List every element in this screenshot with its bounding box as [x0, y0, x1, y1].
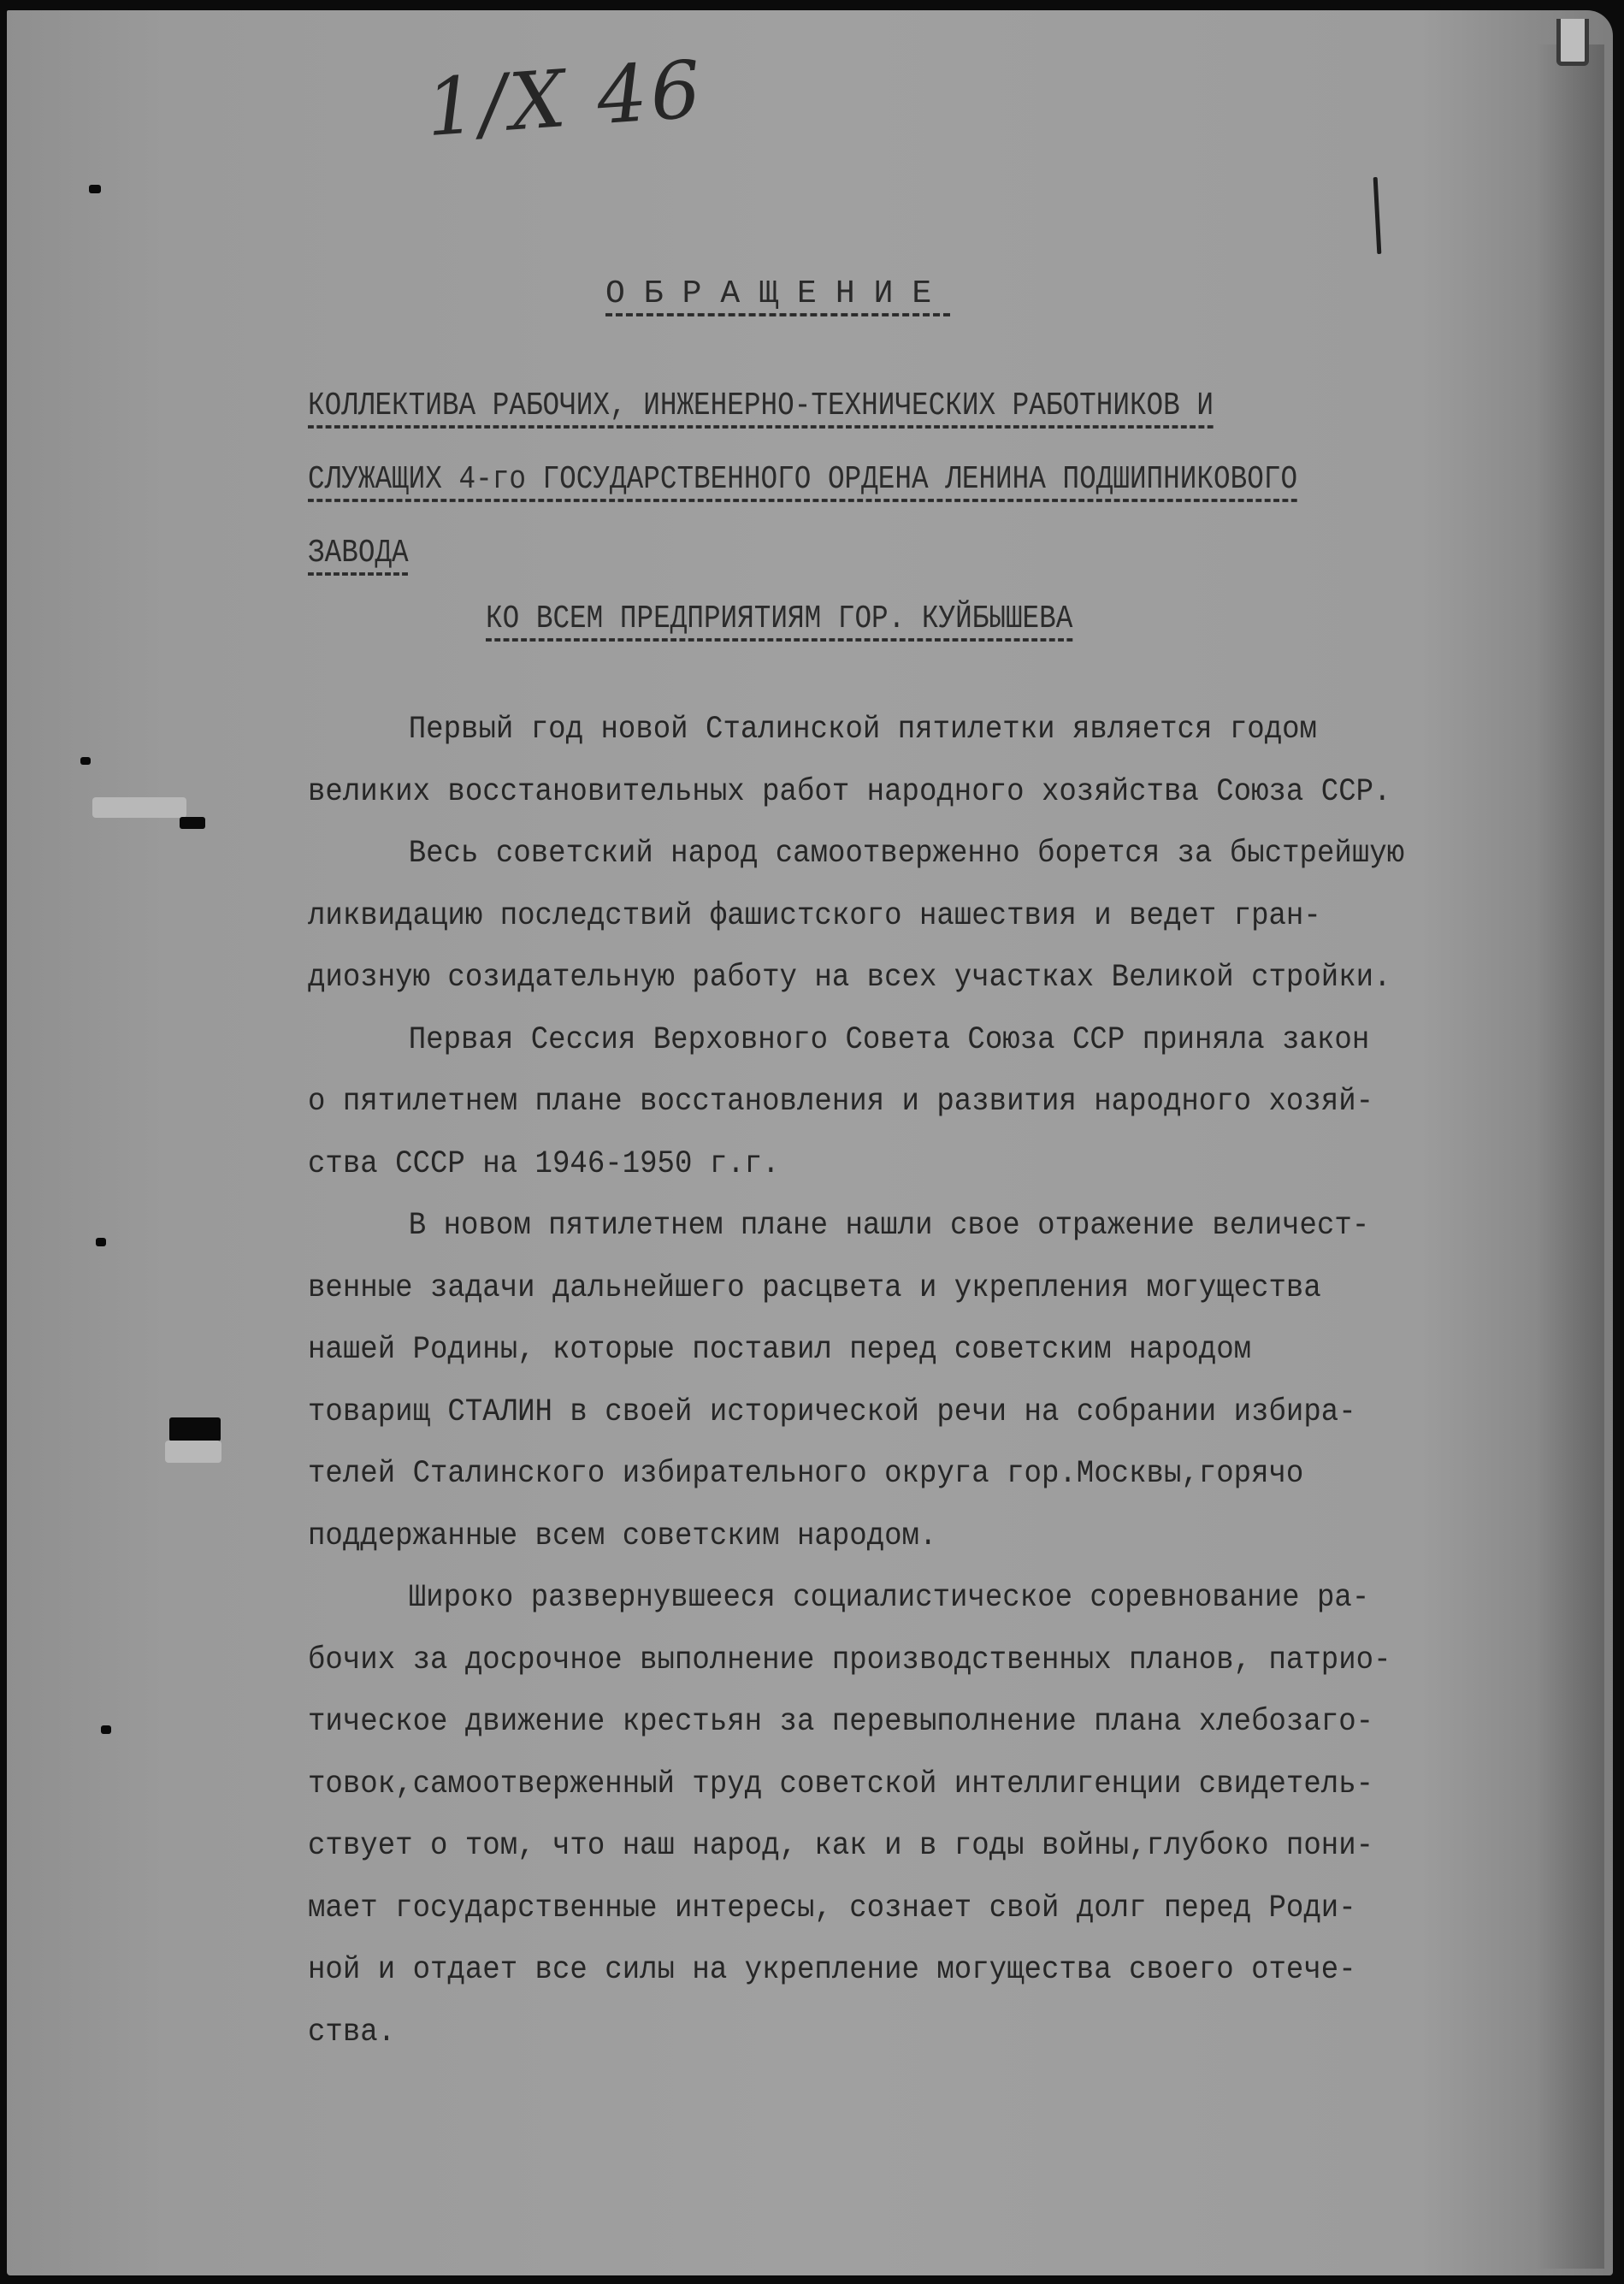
body-line: мает государственные интересы, сознает с…	[308, 1878, 1520, 1940]
body-line: о пятилетнем плане восстановления и разв…	[308, 1071, 1520, 1133]
body-line: нашей Родины, которые поставил перед сов…	[308, 1319, 1520, 1382]
punch-hole	[96, 1238, 106, 1246]
body-line: телей Сталинского избирательного округа …	[308, 1443, 1520, 1506]
body-line: Первая Сессия Верховного Совета Союза СС…	[308, 1009, 1520, 1072]
body-line: великих восстановительных работ народног…	[308, 761, 1520, 824]
body-line: ной и отдает все силы на укрепление могу…	[308, 1939, 1520, 2002]
body-line: бочих за досрочное выполнение производст…	[308, 1630, 1520, 1692]
document-page: 1/X 46 ОБРАЩЕНИЕ КОЛЛЕКТИВА РАБОЧИХ, ИНЖ…	[7, 10, 1613, 2275]
punch-hole	[180, 817, 205, 829]
paper-clip-icon	[1556, 19, 1589, 66]
body-line: Первый год новой Сталинской пятилетки яв…	[308, 699, 1520, 761]
subtitle-line: СЛУЖАЩИХ 4-го ГОСУДАРСТВЕННОГО ОРДЕНА ЛЕ…	[308, 443, 1411, 517]
body-line: тическое движение крестьян за перевыполн…	[308, 1691, 1520, 1754]
body-line: ства СССР на 1946-1950 г.г.	[308, 1133, 1520, 1196]
body-line: венные задачи дальнейшего расцвета и укр…	[308, 1257, 1520, 1320]
page-number-mark	[1373, 177, 1382, 254]
body-line: ства.	[308, 2002, 1520, 2064]
punch-hole	[101, 1725, 111, 1734]
body-line: ликвидацию последствий фашистского нашес…	[308, 885, 1520, 948]
document-subtitle: КОЛЛЕКТИВА РАБОЧИХ, ИНЖЕНЕРНО-ТЕХНИЧЕСКИ…	[308, 370, 1411, 590]
paper-tear	[92, 797, 186, 818]
body-line: товарищ СТАЛИН в своей исторической речи…	[308, 1382, 1520, 1444]
body-line: диозную созидательную работу на всех уча…	[308, 947, 1520, 1009]
body-line: поддержанные всем советским народом.	[308, 1506, 1520, 1568]
document-addressee: КО ВСЕМ ПРЕДПРИЯТИЯМ ГОР. КУЙБЫШЕВА	[486, 601, 1072, 637]
punch-hole	[169, 1417, 221, 1441]
punch-hole	[80, 757, 91, 765]
body-line: В новом пятилетнем плане нашли свое отра…	[308, 1195, 1520, 1257]
handwritten-date: 1/X 46	[423, 44, 707, 154]
body-line: товок,самоотверженный труд советской инт…	[308, 1754, 1520, 1816]
body-line: Широко развернувшееся социалистическое с…	[308, 1567, 1520, 1630]
body-line: ствует о том, что наш народ, как и в год…	[308, 1815, 1520, 1878]
subtitle-line: КОЛЛЕКТИВА РАБОЧИХ, ИНЖЕНЕРНО-ТЕХНИЧЕСКИ…	[308, 370, 1411, 443]
paper-tear	[165, 1441, 221, 1463]
document-body: Первый год новой Сталинской пятилетки яв…	[308, 699, 1624, 2063]
body-line: Весь советский народ самоотверженно боре…	[308, 823, 1520, 885]
document-title: ОБРАЩЕНИЕ	[605, 275, 950, 312]
punch-hole	[89, 185, 101, 193]
subtitle-line: ЗАВОДА	[308, 517, 1411, 590]
